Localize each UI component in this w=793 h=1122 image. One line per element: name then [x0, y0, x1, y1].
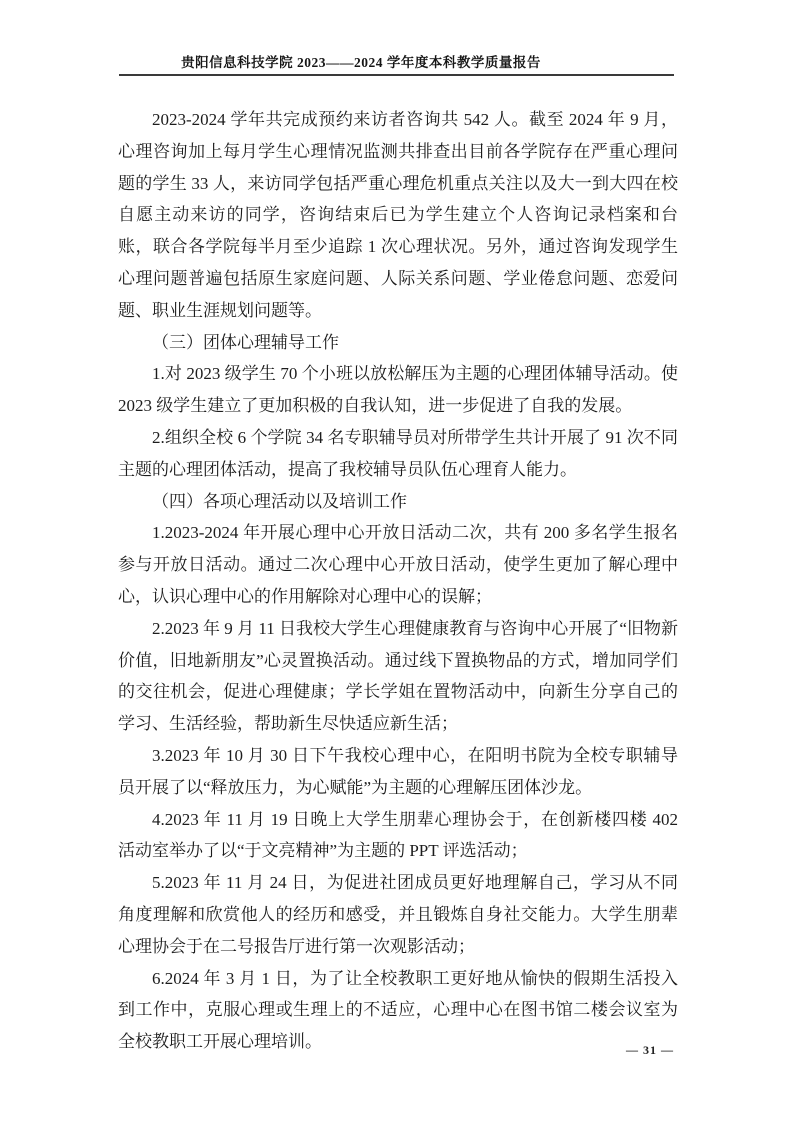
body-paragraph: 3.2023 年 10 月 30 日下午我校心理中心，在阳明书院为全校专职辅导员…	[118, 740, 678, 804]
document-page: 贵阳信息科技学院 2023——2024 学年度本科教学质量报告 2023-202…	[0, 0, 793, 1122]
body-paragraph: 5.2023 年 11 月 24 日，为促进社团成员更好地理解自己，学习从不同角…	[118, 867, 678, 962]
header-title: 贵阳信息科技学院 2023——2024 学年度本科教学质量报告	[118, 51, 676, 71]
body-paragraph: 4.2023 年 11 月 19 日晚上大学生朋辈心理协会于，在创新楼四楼 40…	[118, 804, 678, 868]
body-paragraph: 2.2023 年 9 月 11 日我校大学生心理健康教育与咨询中心开展了“旧物新…	[118, 613, 678, 740]
body-paragraph: 2023-2024 学年共完成预约来访者咨询共 542 人。截至 2024 年 …	[118, 104, 678, 327]
section-heading: （四）各项心理活动以及培训工作	[118, 486, 678, 518]
body-paragraph: 1.2023-2024 年开展心理中心开放日活动二次，共有 200 多名学生报名…	[118, 517, 678, 612]
section-heading: （三）团体心理辅导工作	[118, 327, 678, 359]
page-number: — 31 —	[118, 1043, 674, 1058]
body-paragraph: 2.组织全校 6 个学院 34 名专职辅导员对所带学生共计开展了 91 次不同主…	[118, 422, 678, 486]
document-body: 2023-2024 学年共完成预约来访者咨询共 542 人。截至 2024 年 …	[118, 104, 678, 1058]
header-divider	[119, 74, 674, 76]
body-paragraph: 1.对 2023 级学生 70 个小班以放松解压为主题的心理团体辅导活动。使 2…	[118, 358, 678, 422]
